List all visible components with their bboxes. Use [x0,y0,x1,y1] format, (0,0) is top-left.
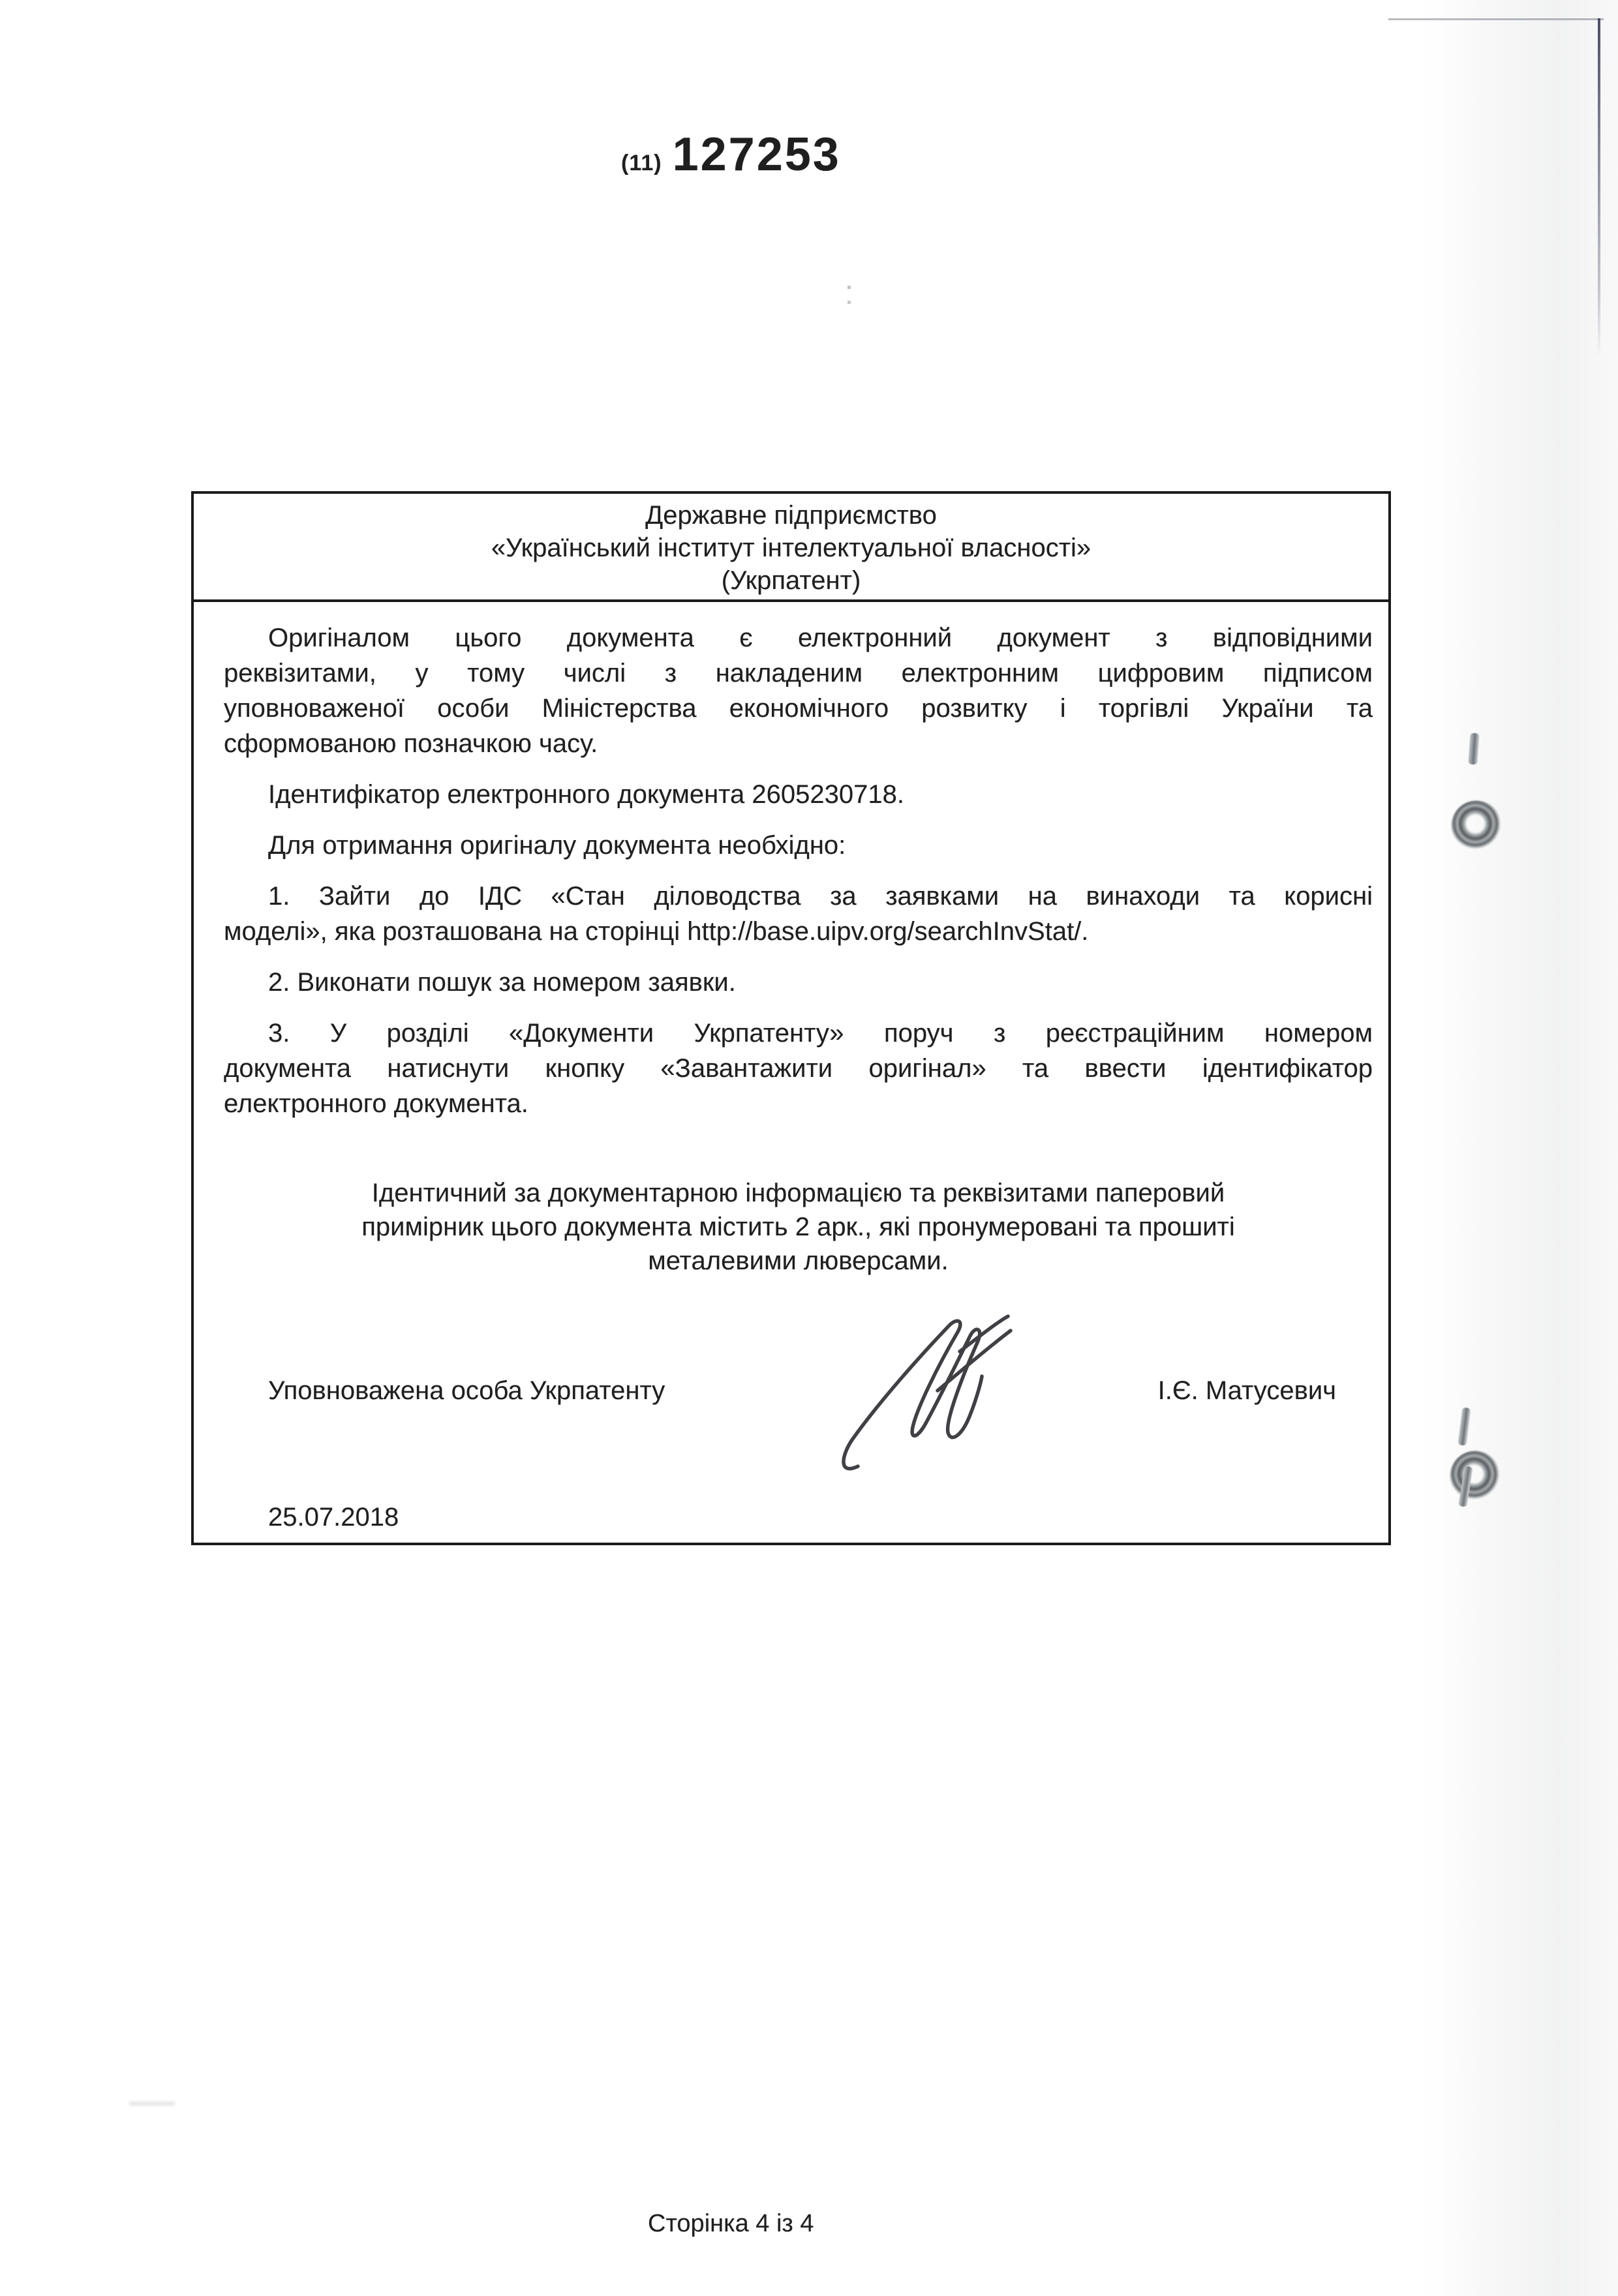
binding-pin-bottom-upper [1458,1407,1471,1445]
binding-grommet-top [1451,800,1502,851]
paragraph-identifier: Ідентифікатор електронного документа 260… [224,777,1373,812]
scan-smudge [129,2102,175,2106]
paragraph-step-3: 3. У розділі «Документи Укрпатенту» пору… [224,1016,1373,1121]
paragraph-step-2: 2. Виконати пошук за номером заявки. [224,965,1373,1000]
paragraph-instruction-intro: Для отримання оригіналу документа необхі… [224,828,1373,863]
publication-number: 127253 [673,128,841,181]
organization-shortname-line: (Укрпатент) [194,564,1388,597]
binding-pin-top [1468,733,1479,765]
text-line: моделі», яка розташована на сторінці htt… [224,914,1373,949]
inid-code-label: (11) [621,151,662,176]
paper-copy-note: Ідентичний за документарною інформацією … [224,1176,1373,1278]
page-number-footer: Сторінка 4 із 4 [648,2210,814,2238]
notice-body: Оригіналом цього документа є електронний… [194,602,1388,1535]
scan-edge-line-vertical [1598,18,1600,357]
text-line: електронного документа. [224,1086,1373,1121]
signature-row: Уповноважена особа Укрпатенту І.Є. Матус… [224,1373,1373,1408]
text-line: примірник цього документа містить 2 арк.… [302,1210,1294,1244]
scan-speck [847,286,851,304]
document-identifier-line: Ідентифікатор електронного документа 260… [224,777,1373,812]
organization-name-line: «Український інститут інтелектуальної вл… [194,532,1388,564]
organization-type-line: Державне підприємство [194,499,1388,532]
signer-role-label: Уповноважена особа Укрпатенту [268,1373,665,1408]
text-line: металевими люверсами. [302,1244,1294,1278]
notice-box: Державне підприємство «Український інсти… [191,491,1391,1545]
binding-grommet-bottom [1450,1451,1501,1502]
publication-number-block: (11)127253 [621,128,841,181]
text-line: Оригіналом цього документа є електронний… [224,620,1373,656]
scan-edge-line-horizontal [1388,18,1604,20]
text-line: документа натиснути кнопку «Завантажити … [224,1051,1373,1086]
text-line: сформованою позначкою часу. [224,726,1373,761]
document-date: 25.07.2018 [224,1500,1373,1535]
text-line: Ідентичний за документарною інформацією … [302,1176,1294,1210]
text-line: уповноваженої особи Міністерства економі… [224,691,1373,726]
paragraph-step-1: 1. Зайти до ІДС «Стан діловодства за зая… [224,879,1373,949]
scanned-document-page: (11)127253 Державне підприємство «Україн… [0,0,1618,2296]
text-line: 2. Виконати пошук за номером заявки. [224,965,1373,1000]
text-line: реквізитами, у тому числі з накладеним е… [224,656,1373,691]
scan-shadow-band [1422,0,1618,2296]
organization-header: Державне підприємство «Український інсти… [194,494,1388,602]
text-line: 3. У розділі «Документи Укрпатенту» пору… [224,1016,1373,1051]
signer-name: І.Є. Матусевич [1158,1373,1336,1408]
paragraph-original-document: Оригіналом цього документа є електронний… [224,620,1373,761]
text-line: 1. Зайти до ІДС «Стан діловодства за зая… [224,879,1373,914]
text-line: Для отримання оригіналу документа необхі… [224,828,1373,863]
